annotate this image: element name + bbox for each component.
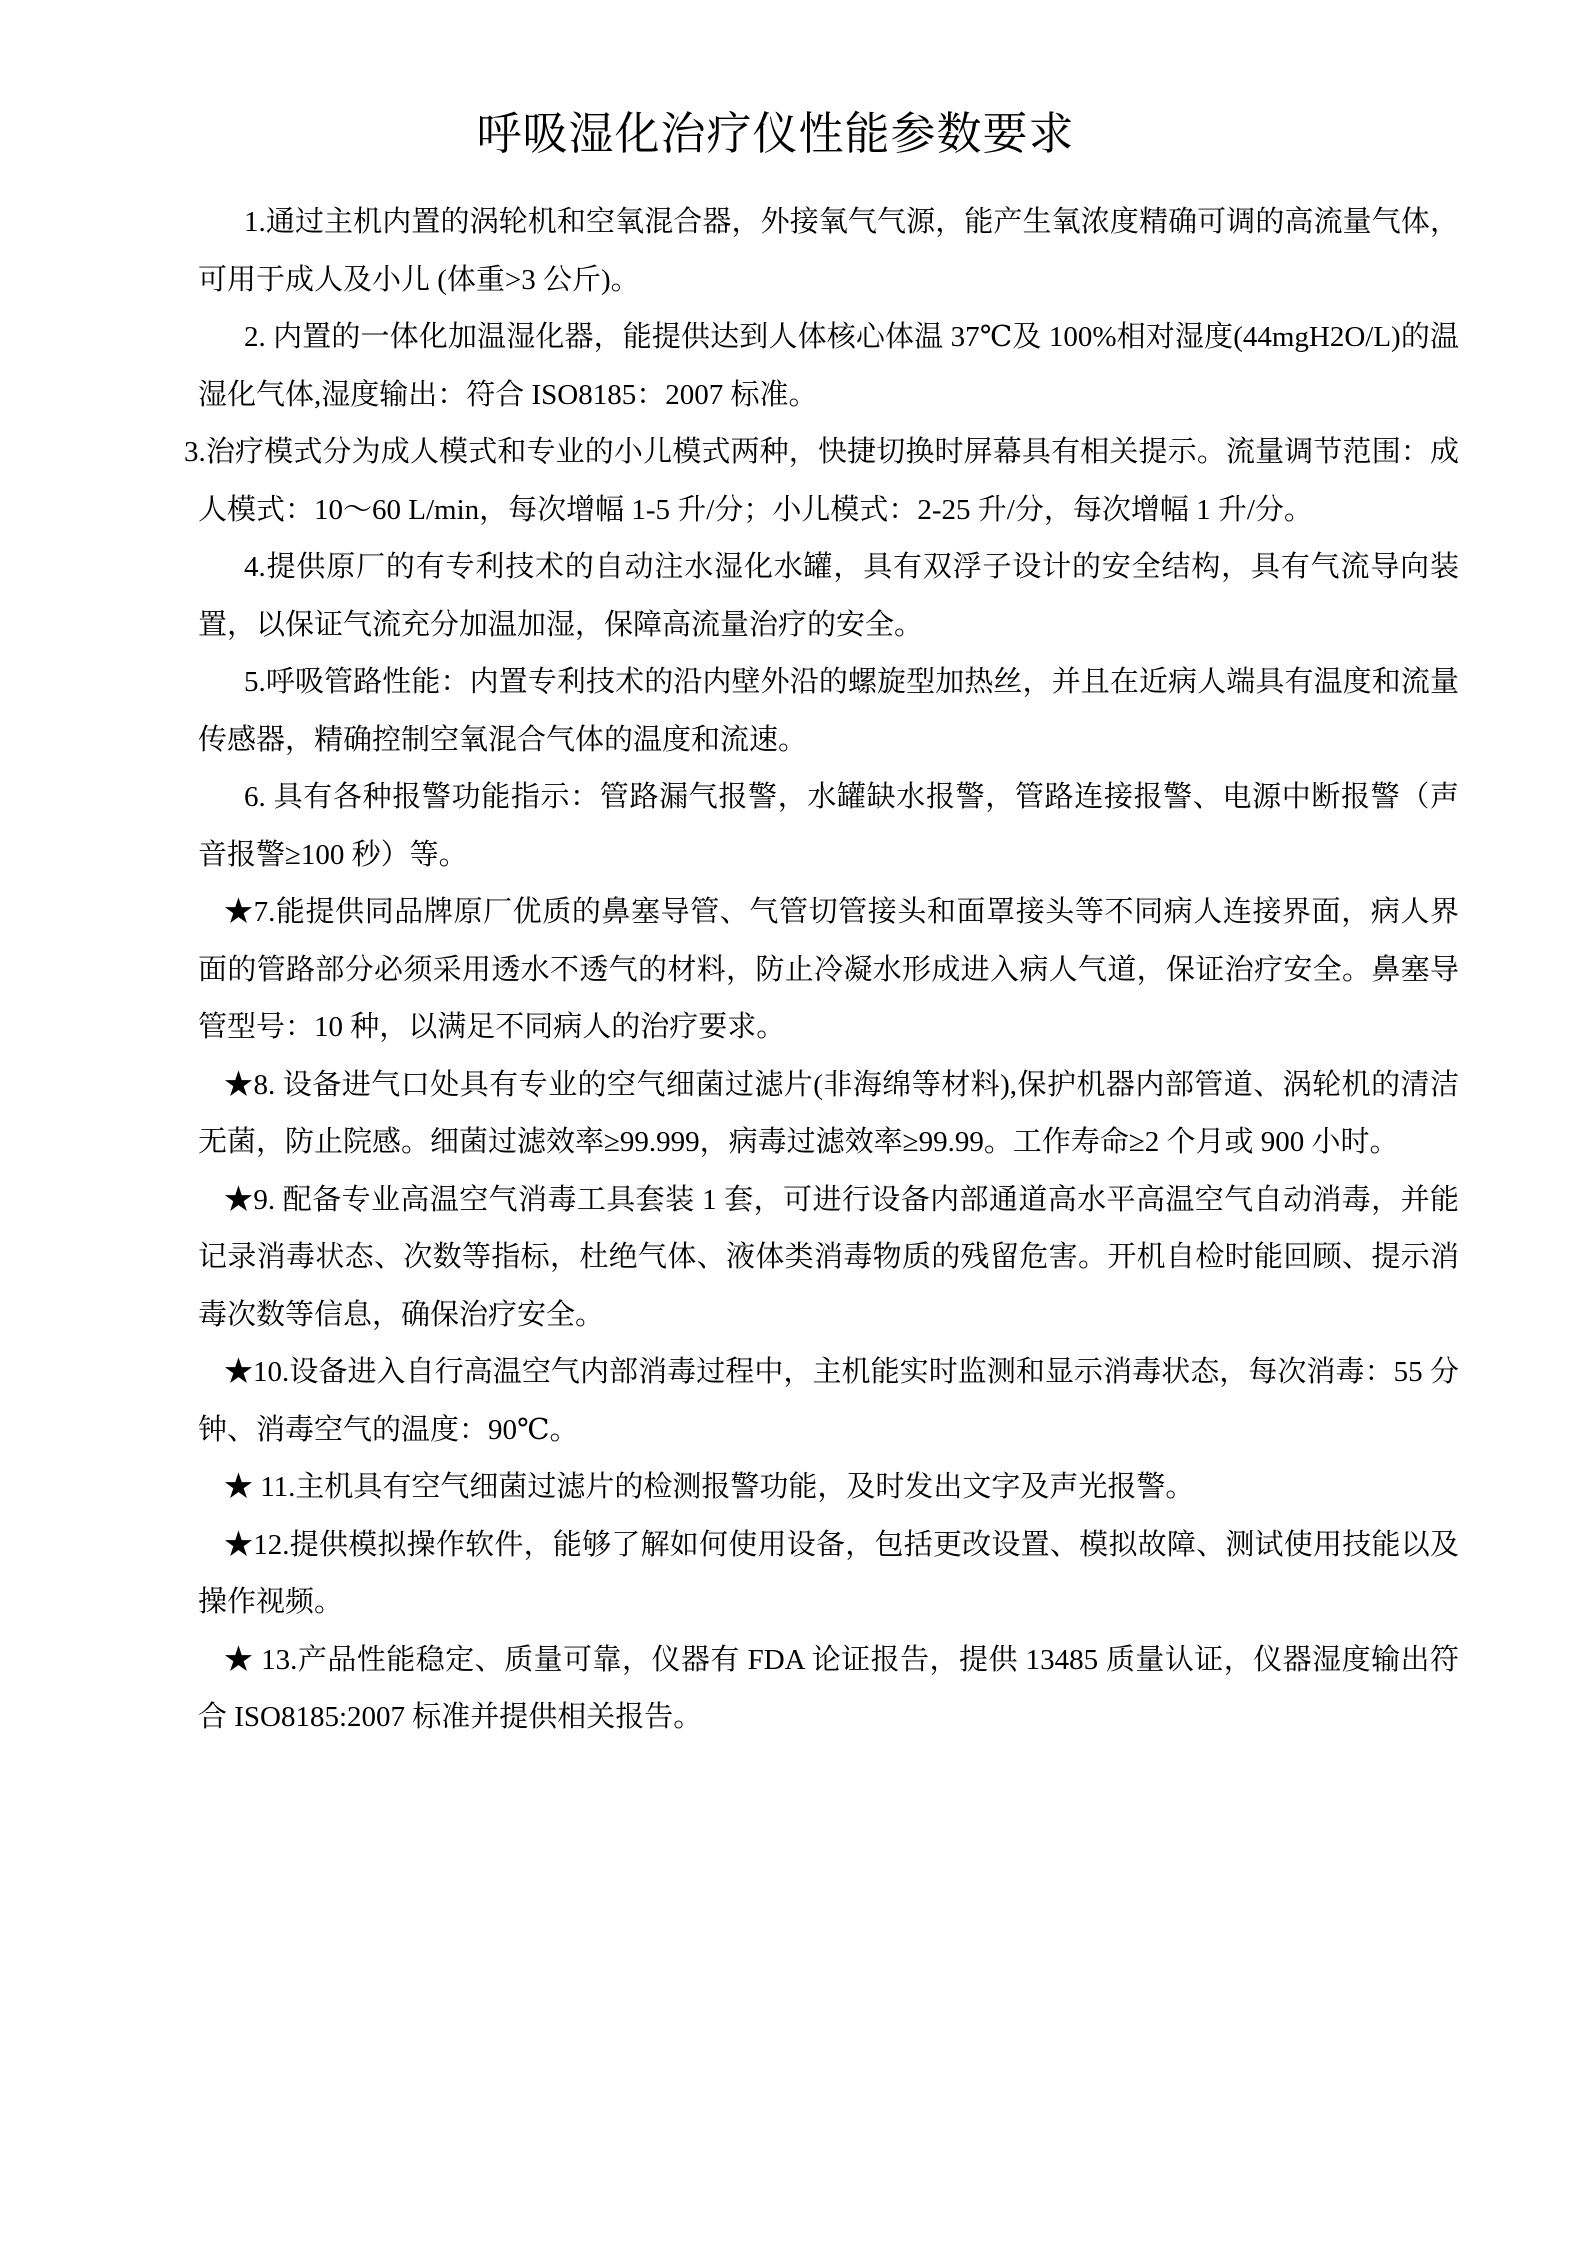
page-title: 呼吸湿化治疗仪性能参数要求 — [0, 106, 1569, 162]
paragraph-13: ★ 13.产品性能稳定、质量可靠，仪器有 FDA 论证报告，提供 13485 质… — [198, 1632, 1459, 1747]
paragraph-7: ★7.能提供同品牌原厂优质的鼻塞导管、气管切管接头和面罩接头等不同病人连接界面，… — [198, 884, 1459, 1057]
document-page: 呼吸湿化治疗仪性能参数要求 1.通过主机内置的涡轮机和空氧混合器，外接氧气气源，… — [0, 0, 1587, 2245]
paragraph-6: 6. 具有各种报警功能指示：管路漏气报警，水罐缺水报警，管路连接报警、电源中断报… — [198, 769, 1459, 884]
paragraph-4: 4.提供原厂的有专利技术的自动注水湿化水罐，具有双浮子设计的安全结构，具有气流导… — [198, 539, 1459, 654]
paragraph-12: ★12.提供模拟操作软件，能够了解如何使用设备，包括更改设置、模拟故障、测试使用… — [198, 1517, 1459, 1632]
paragraph-9: ★9. 配备专业高温空气消毒工具套装 1 套，可进行设备内部通道高水平高温空气自… — [198, 1172, 1459, 1345]
paragraph-3: 3.治疗模式分为成人模式和专业的小儿模式两种，快捷切换时屏幕具有相关提示。流量调… — [198, 424, 1459, 539]
paragraph-list: 1.通过主机内置的涡轮机和空氧混合器，外接氧气气源，能产生氧浓度精确可调的高流量… — [198, 194, 1459, 1747]
paragraph-8: ★8. 设备进气口处具有专业的空气细菌过滤片(非海绵等材料),保护机器内部管道、… — [198, 1057, 1459, 1172]
paragraph-2: 2. 内置的一体化加温湿化器，能提供达到人体核心体温 37℃及 100%相对湿度… — [198, 309, 1459, 424]
paragraph-5: 5.呼吸管路性能：内置专利技术的沿内壁外沿的螺旋型加热丝，并且在近病人端具有温度… — [198, 654, 1459, 769]
paragraph-11: ★ 11.主机具有空气细菌过滤片的检测报警功能，及时发出文字及声光报警。 — [198, 1459, 1459, 1517]
paragraph-10: ★10.设备进入自行高温空气内部消毒过程中，主机能实时监测和显示消毒状态，每次消… — [198, 1344, 1459, 1459]
paragraph-1: 1.通过主机内置的涡轮机和空氧混合器，外接氧气气源，能产生氧浓度精确可调的高流量… — [198, 194, 1459, 309]
